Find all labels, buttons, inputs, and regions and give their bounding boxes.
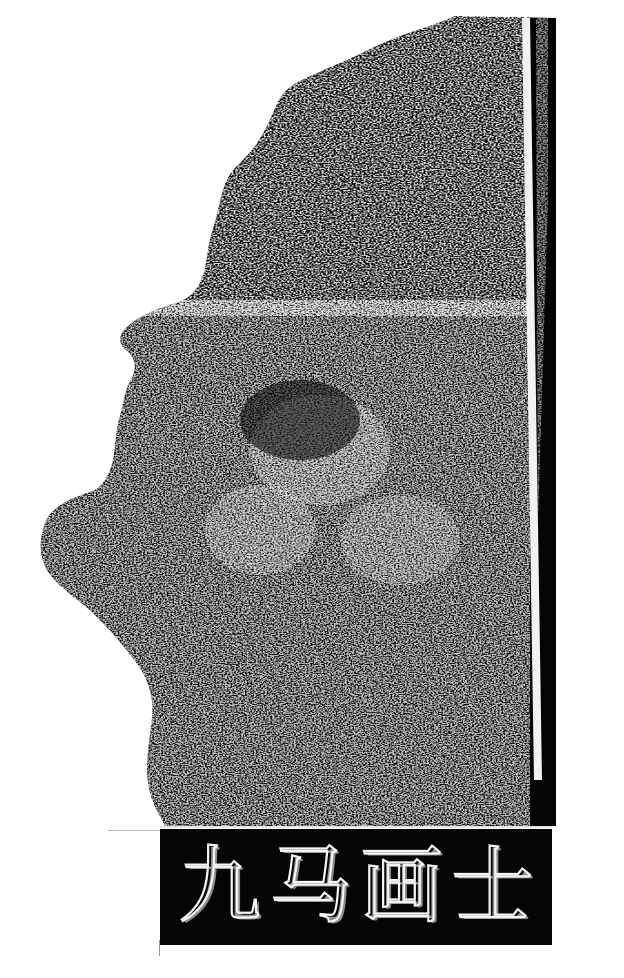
brand-char-1: 九 [178, 845, 260, 929]
scan-artifact-tick [159, 940, 160, 956]
scan-artifact-line [108, 830, 160, 831]
banner-separator [160, 826, 552, 828]
brand-char-2: 马 [269, 845, 351, 929]
brand-name-banner: 九 马 画 士 [160, 829, 552, 945]
brand-char-4: 士 [451, 845, 533, 929]
brand-char-3: 画 [360, 845, 442, 929]
